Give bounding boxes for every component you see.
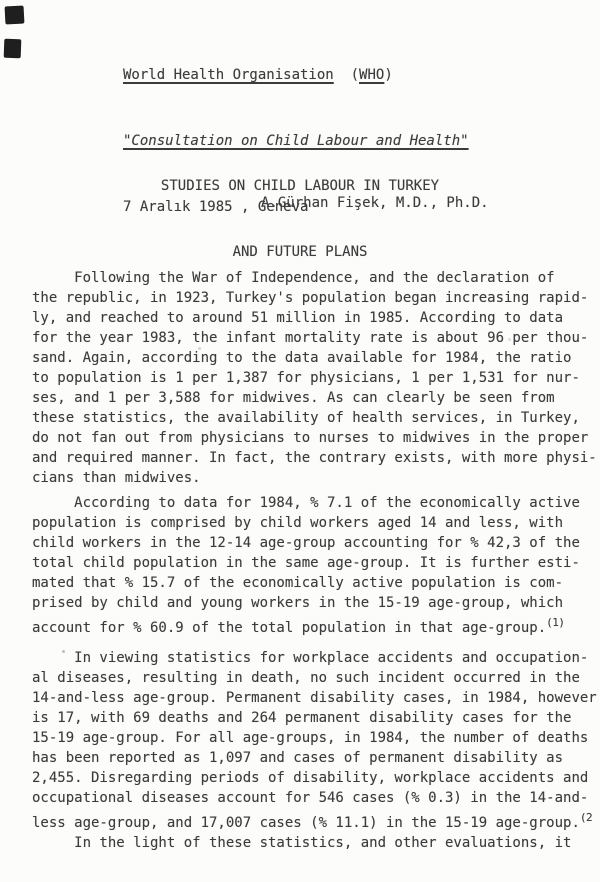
scan-artifact-bottom xyxy=(4,39,22,59)
title-line-2: AND FUTURE PLANS xyxy=(0,241,600,263)
paragraph: According to data for 1984, % 7.1 of the… xyxy=(32,493,597,638)
scan-artifact-top xyxy=(5,6,25,25)
header-org-line: World Health Organisation (WHO) xyxy=(123,64,469,86)
footnote-reference: (2 xyxy=(580,811,592,824)
document-body: Following the War of Independence, and t… xyxy=(32,268,597,853)
author-name: A.Gürhan Fişek, M.D., Ph.D. xyxy=(261,193,489,213)
paragraph: In the light of these statistics, and ot… xyxy=(32,833,597,853)
paragraph: In viewing statistics for workplace acci… xyxy=(32,648,597,833)
org-gap xyxy=(334,67,351,83)
org-name: World Health Organisation xyxy=(123,67,334,83)
document-page: World Health Organisation (WHO) "Consult… xyxy=(0,0,600,882)
paragraph: Following the War of Independence, and t… xyxy=(32,268,597,488)
paren-open: ( xyxy=(351,67,359,83)
paren-close: ) xyxy=(384,67,392,83)
org-abbrev: WHO xyxy=(359,67,384,83)
footnote-reference: (1) xyxy=(546,616,564,629)
